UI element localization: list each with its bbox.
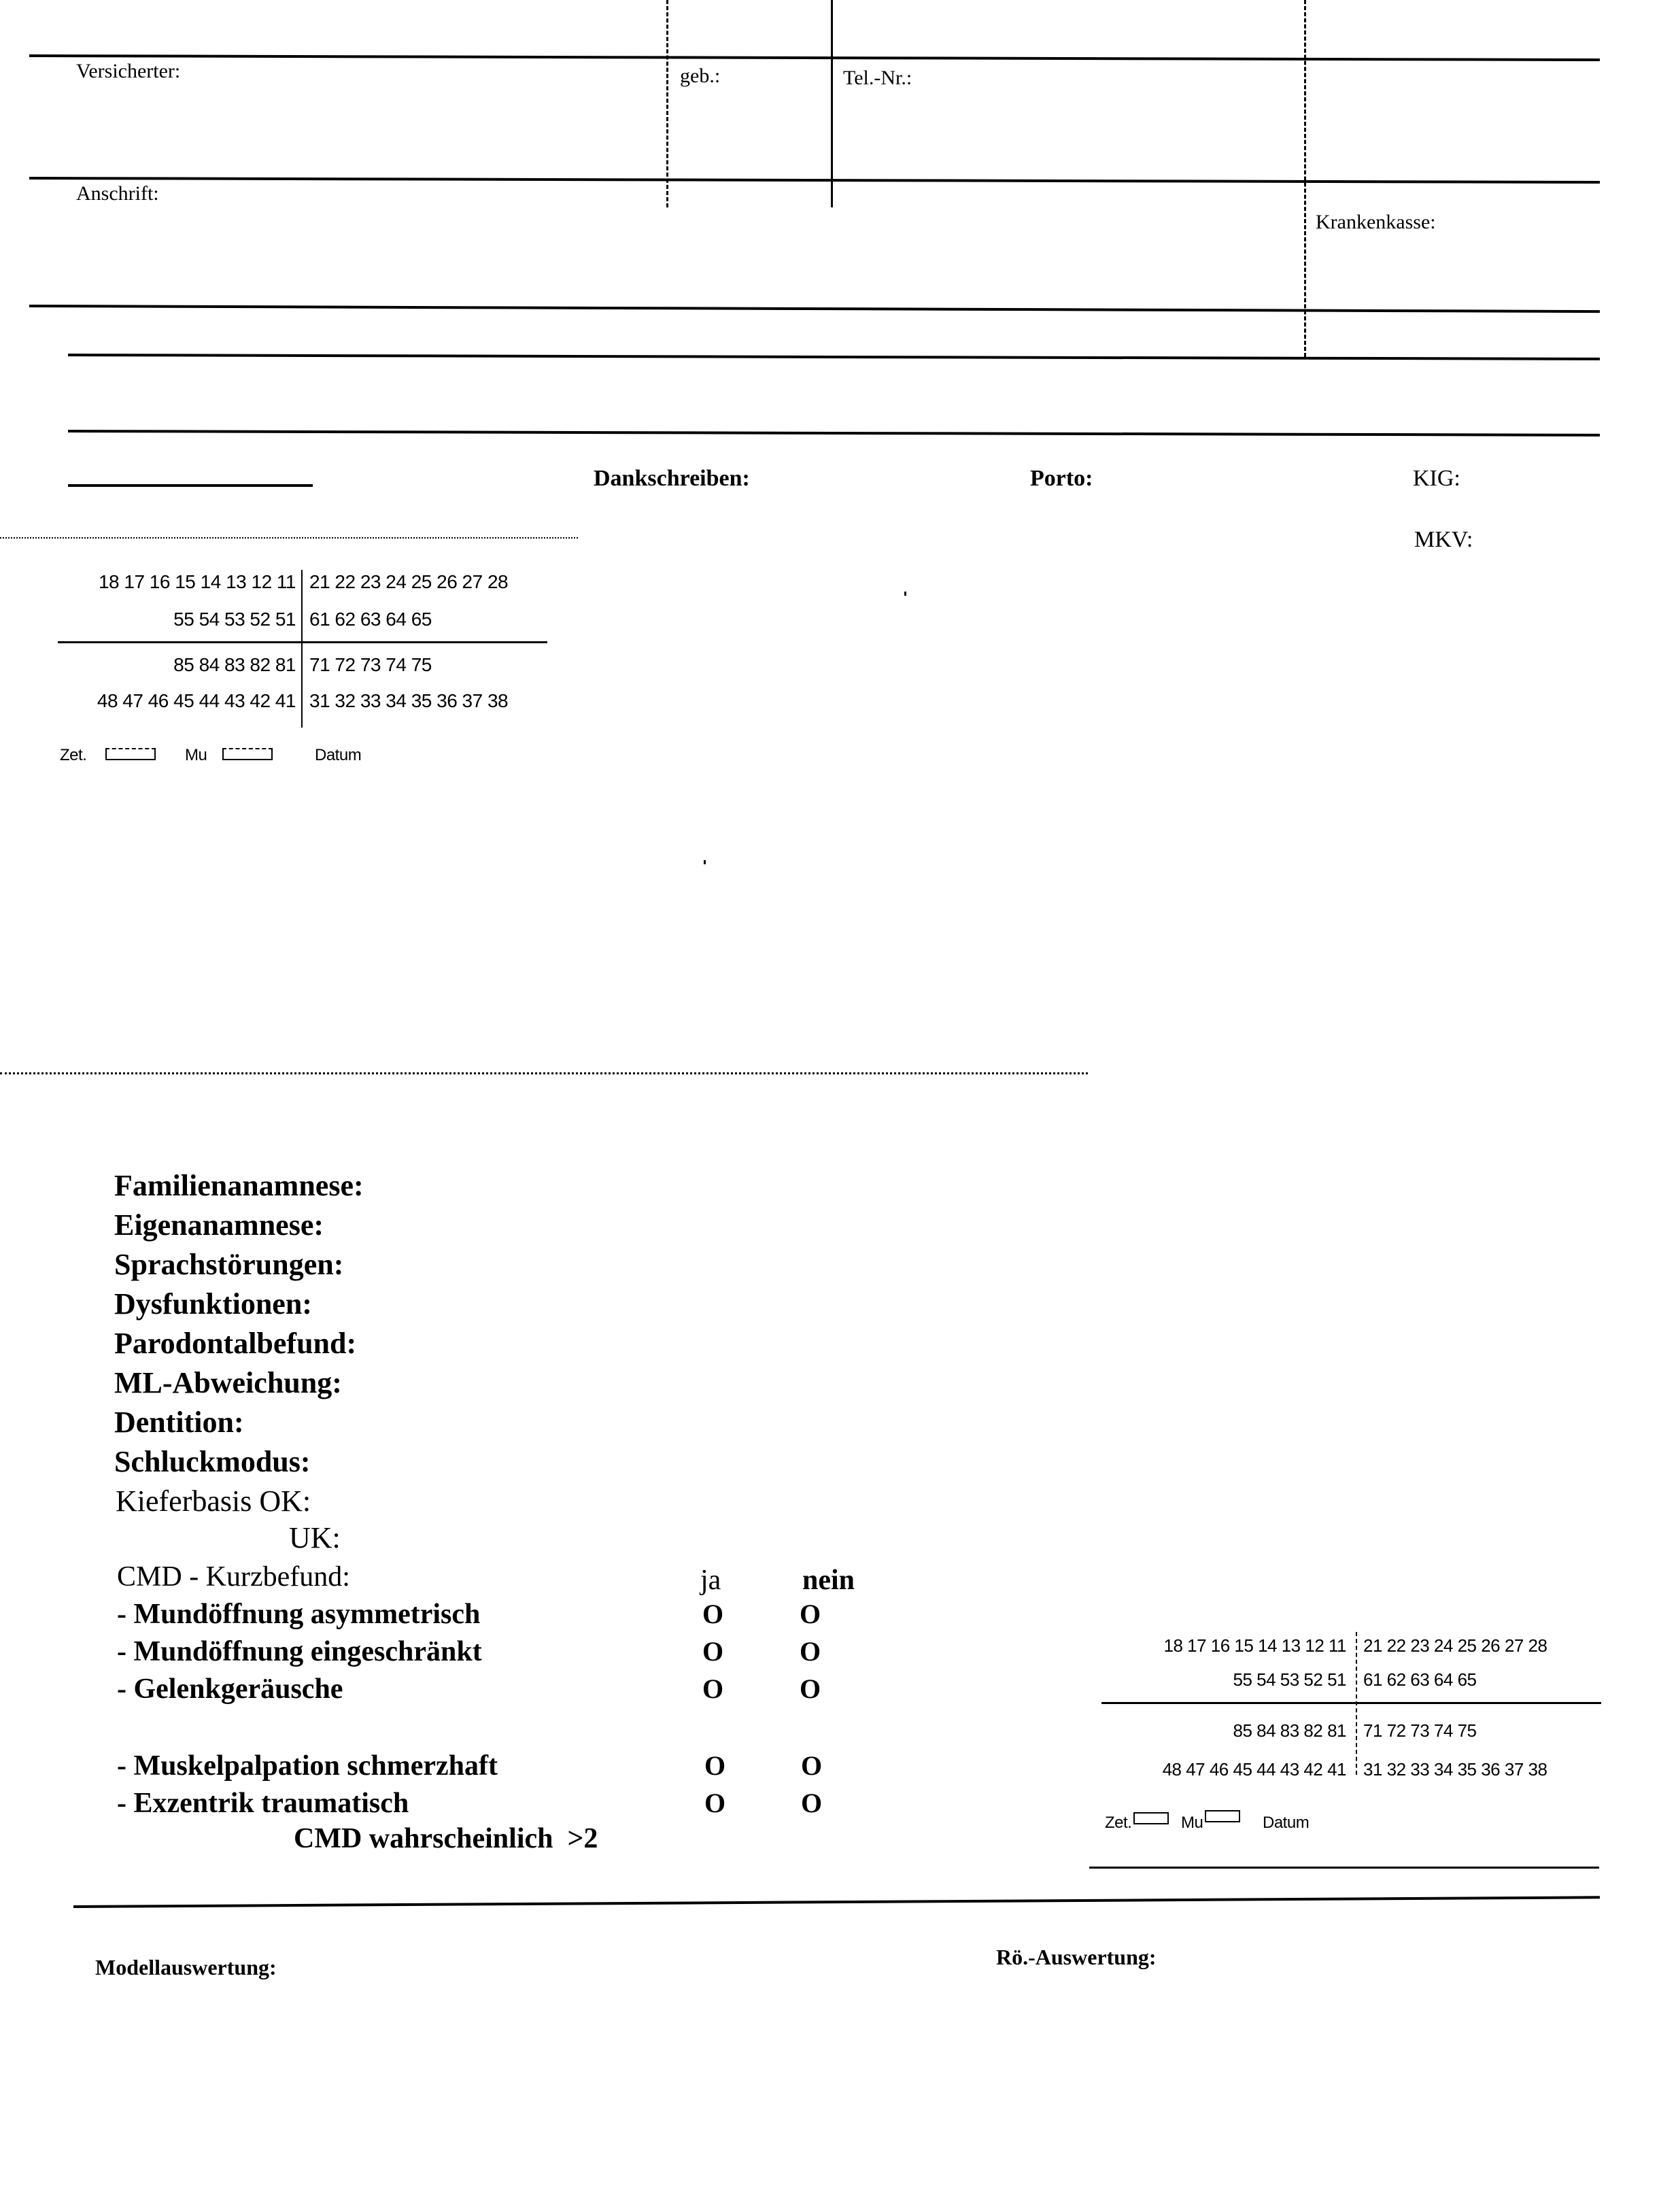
teeth-lower-right-prim: 85 84 83 82 81 [173, 654, 296, 676]
mu-box[interactable] [1205, 1810, 1240, 1822]
cmd-conclusion: CMD wahrscheinlich >2 [294, 1822, 598, 1855]
zet-box[interactable] [105, 748, 156, 760]
chart-top-midline [301, 570, 303, 728]
teeth-lower-right-perm: 48 47 46 45 44 43 42 41 [97, 690, 296, 712]
cmd-item: - Mundöffnung eingeschränkt [117, 1635, 482, 1668]
signature-line [68, 484, 313, 487]
anamnesis-item: Dysfunktionen: [114, 1289, 312, 1319]
cmd-item-3-no[interactable]: O [801, 1750, 822, 1782]
phone-label: Tel.-Nr.: [843, 67, 912, 90]
cmd-title: CMD - Kurzbefund: [117, 1561, 350, 1593]
cmd-item-2-yes[interactable]: O [702, 1673, 723, 1705]
cmd-item-3-yes[interactable]: O [704, 1750, 725, 1782]
teeth-upper-left-perm: 21 22 23 24 25 26 27 28 [1363, 1635, 1547, 1656]
header-line-1 [29, 54, 1600, 61]
mu-label: Mu [1181, 1814, 1203, 1833]
anamnesis-item: Sprachstörungen: [114, 1250, 343, 1280]
cmd-item-2-no[interactable]: O [800, 1673, 821, 1705]
teeth-lower-left-prim: 71 72 73 74 75 [1363, 1720, 1477, 1741]
mu-label: Mu [185, 746, 207, 765]
teeth-lower-right-perm: 48 47 46 45 44 43 42 41 [1163, 1759, 1346, 1780]
chart-bottom-occlusal-line [1101, 1702, 1601, 1704]
anamnesis-item: ML-Abweichung: [114, 1368, 342, 1398]
anamnesis-item: Eigenanamnese: [114, 1210, 324, 1240]
thanks-label: Dankschreiben: [594, 466, 750, 492]
divider-dob [666, 0, 668, 207]
teeth-upper-right-prim: 55 54 53 52 51 [173, 609, 296, 630]
header-line-2 [29, 177, 1600, 184]
address-field[interactable] [76, 211, 1293, 299]
cmd-item-0-no[interactable]: O [800, 1598, 821, 1630]
insured-field[interactable] [76, 88, 654, 170]
insurance-field[interactable] [1316, 238, 1588, 347]
chart-bottom-signature-line [1089, 1867, 1599, 1869]
cmd-yes-header: ja [700, 1564, 721, 1597]
zet-box[interactable] [1133, 1812, 1169, 1824]
anamnesis-item: Kieferbasis OK: [116, 1486, 311, 1516]
mu-box[interactable] [222, 748, 273, 760]
evaluation-top-line [73, 1896, 1600, 1908]
cmd-item-0-yes[interactable]: O [702, 1598, 723, 1630]
scan-speck [704, 860, 706, 864]
teeth-lower-right-prim: 85 84 83 82 81 [1233, 1720, 1347, 1741]
scan-speck [904, 592, 906, 596]
anamnesis-item: Parodontalbefund: [114, 1329, 356, 1359]
zet-label: Zet. [1105, 1814, 1131, 1833]
mkv-label: MKV: [1414, 527, 1473, 553]
divider-insurance [1304, 0, 1306, 357]
postage-label: Porto: [1030, 466, 1093, 492]
divider-phone [831, 0, 833, 207]
anamnesis-item: Familienanamnese: [114, 1171, 364, 1201]
phone-field[interactable] [843, 95, 1299, 173]
header-line-5 [68, 430, 1600, 437]
teeth-upper-left-perm: 21 22 23 24 25 26 27 28 [309, 571, 508, 593]
teeth-upper-left-prim: 61 62 63 64 65 [1363, 1669, 1477, 1690]
date-label: Datum [315, 746, 361, 765]
cmd-item: - Gelenkgeräusche [117, 1673, 343, 1705]
zet-label: Zet. [60, 746, 86, 765]
insured-label: Versicherter: [76, 60, 180, 83]
teeth-upper-right-perm: 18 17 16 15 14 13 12 11 [1164, 1635, 1347, 1656]
cmd-no-header: nein [802, 1564, 855, 1597]
cmd-item-1-yes[interactable]: O [702, 1635, 723, 1667]
cmd-item: - Muskelpalpation schmerzhaft [117, 1750, 498, 1782]
cmd-item: - Exzentrik traumatisch [117, 1787, 409, 1820]
anamnesis-item: Schluckmodus: [114, 1447, 311, 1477]
kig-label: KIG: [1413, 466, 1460, 492]
teeth-lower-left-prim: 71 72 73 74 75 [309, 654, 432, 676]
cmd-item-1-no[interactable]: O [800, 1635, 821, 1667]
insurance-label: Krankenkasse: [1316, 211, 1436, 234]
model-evaluation-field[interactable] [95, 1986, 945, 2190]
chart-top-occlusal-line [58, 641, 547, 643]
teeth-lower-left-perm: 31 32 33 34 35 36 37 38 [1363, 1759, 1547, 1780]
model-evaluation-label: Modellauswertung: [95, 1955, 277, 1980]
uk-label: UK: [289, 1523, 341, 1553]
address-label: Anschrift: [76, 182, 159, 205]
section-divider [0, 1072, 1088, 1074]
teeth-upper-right-prim: 55 54 53 52 51 [1233, 1669, 1347, 1690]
xray-evaluation-label: Rö.-Auswertung: [996, 1945, 1157, 1970]
date-label: Datum [1263, 1814, 1309, 1833]
cmd-item-4-no[interactable]: O [801, 1787, 822, 1819]
dotted-divider [0, 537, 578, 539]
teeth-upper-right-perm: 18 17 16 15 14 13 12 11 [99, 571, 296, 593]
dob-field[interactable] [677, 92, 826, 173]
cmd-item-4-yes[interactable]: O [704, 1787, 725, 1819]
teeth-lower-left-perm: 31 32 33 34 35 36 37 38 [309, 690, 508, 712]
cmd-item: - Mundöffnung asymmetrisch [117, 1598, 480, 1631]
teeth-upper-left-prim: 61 62 63 64 65 [309, 609, 432, 630]
anamnesis-item: Dentition: [114, 1408, 244, 1437]
header-line-4 [68, 354, 1600, 360]
xray-evaluation-field[interactable] [996, 1975, 1594, 2179]
dob-label: geb.: [680, 65, 720, 88]
